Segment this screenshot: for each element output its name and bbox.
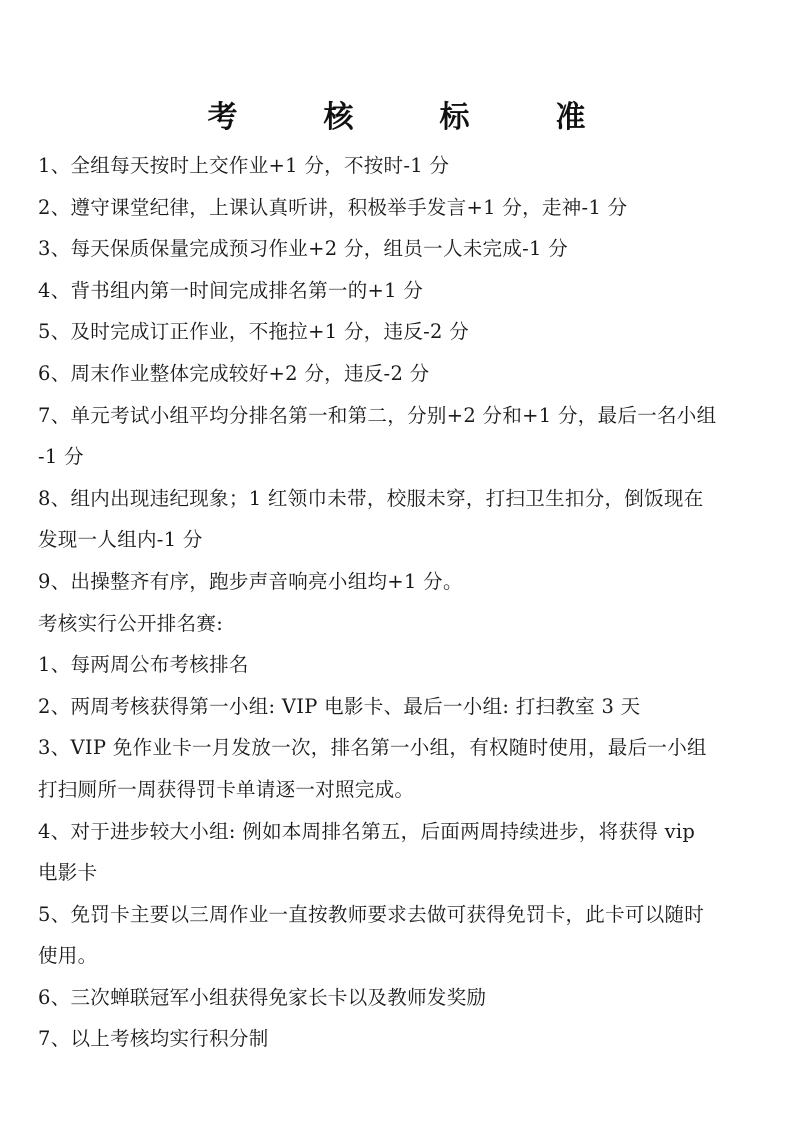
rule-line: 5、及时完成订正作业，不拖拉+1 分，违反-2 分 — [38, 311, 758, 353]
ranking-line: 6、三次蝉联冠军小组获得免家长卡以及教师发奖励 — [38, 977, 758, 1019]
rule-line: 9、出操整齐有序，跑步声音响亮小组均+1 分。 — [38, 561, 758, 603]
title-char: 标 — [397, 92, 513, 136]
ranking-line: 1、每两周公布考核排名 — [38, 644, 758, 686]
title-char: 考 — [165, 92, 281, 136]
rule-line: 2、遵守课堂纪律，上课认真听讲，积极举手发言+1 分，走神-1 分 — [38, 187, 758, 229]
rule-line: 3、每天保质保量完成预习作业+2 分，组员一人未完成-1 分 — [38, 228, 758, 270]
ranking-line-continuation: 使用。 — [38, 935, 758, 977]
ranking-line: 3、VIP 免作业卡一月发放一次，排名第一小组，有权随时使用，最后一小组 — [38, 727, 758, 769]
rule-line: 4、背书组内第一时间完成排名第一的+1 分 — [38, 270, 758, 312]
rule-line: 6、周末作业整体完成较好+2 分，违反-2 分 — [38, 353, 758, 395]
title-char: 准 — [513, 92, 629, 136]
ranking-line-continuation: 打扫厕所一周获得罚卡单请逐一对照完成。 — [38, 769, 758, 811]
ranking-line: 5、免罚卡主要以三周作业一直按教师要求去做可获得免罚卡，此卡可以随时 — [38, 894, 758, 936]
ranking-line: 7、以上考核均实行积分制 — [38, 1018, 758, 1060]
rule-line: 1、全组每天按时上交作业+1 分，不按时-1 分 — [38, 145, 758, 187]
document-page: 考 核 标 准 1、全组每天按时上交作业+1 分，不按时-1 分 2、遵守课堂纪… — [0, 0, 793, 1122]
section-heading: 考核实行公开排名赛: — [38, 603, 758, 645]
rule-line-continuation: 发现一人组内-1 分 — [38, 519, 758, 561]
ranking-line-continuation: 电影卡 — [38, 852, 758, 894]
rule-line: 8、组内出现违纪现象；1 红领巾未带，校服未穿，打扫卫生扣分，倒饭现在 — [38, 478, 758, 520]
document-body: 1、全组每天按时上交作业+1 分，不按时-1 分 2、遵守课堂纪律，上课认真听讲… — [38, 145, 758, 1060]
page-title: 考 核 标 准 — [0, 92, 793, 136]
ranking-line: 2、两周考核获得第一小组: VIP 电影卡、最后一小组: 打扫教室 3 天 — [38, 686, 758, 728]
title-char: 核 — [281, 92, 397, 136]
rule-line: 7、单元考试小组平均分排名第一和第二，分别+2 分和+1 分，最后一名小组 — [38, 395, 758, 437]
rule-line-continuation: -1 分 — [38, 436, 758, 478]
ranking-line: 4、对于进步较大小组: 例如本周排名第五，后面两周持续进步，将获得 vip — [38, 811, 758, 853]
